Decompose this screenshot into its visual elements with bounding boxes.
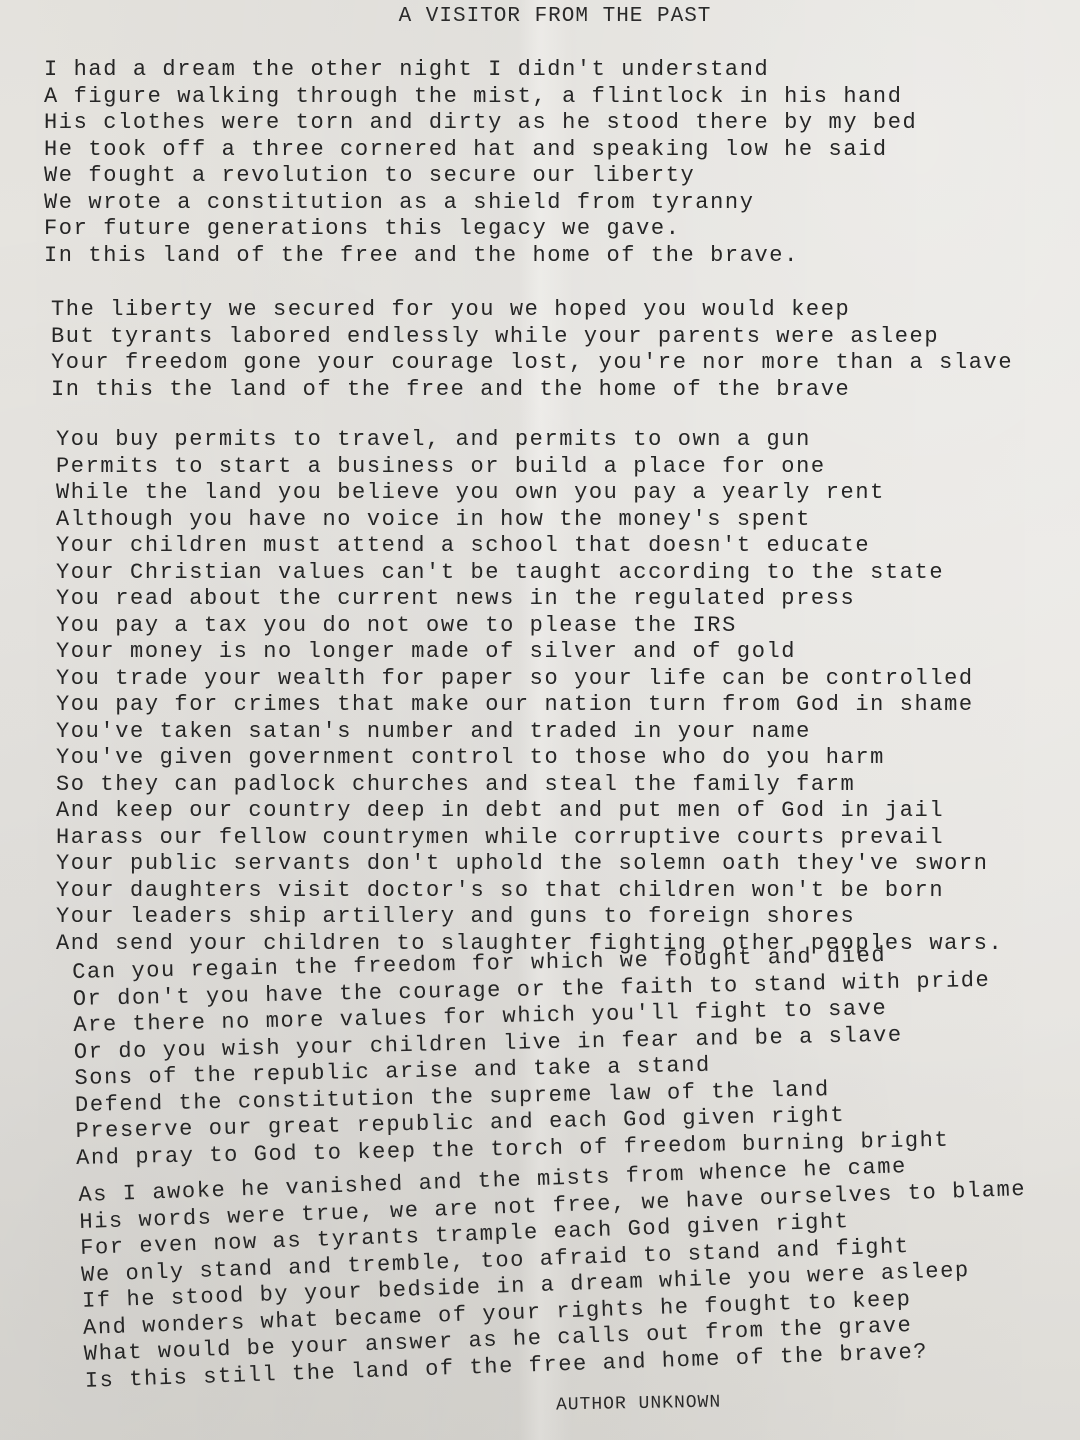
poem-line: A figure walking through the mist, a fli… <box>44 84 917 111</box>
poem-line: We wrote a constitution as a shield from… <box>44 190 917 217</box>
poem-line: You buy permits to travel, and permits t… <box>56 427 1003 454</box>
poem-line: You pay a tax you do not owe to please t… <box>56 613 1003 640</box>
poem-line: Your freedom gone your courage lost, you… <box>51 350 1013 377</box>
poem-line: Your public servants don't uphold the so… <box>56 851 1003 878</box>
poem-line: He took off a three cornered hat and spe… <box>44 137 917 164</box>
stanza-5: As I awoke he vanished and the mists fro… <box>78 1150 1032 1395</box>
poem-line: Your Christian values can't be taught ac… <box>56 560 1003 587</box>
poem-line: The liberty we secured for you we hoped … <box>51 297 1013 324</box>
poem-line: Harass our fellow countrymen while corru… <box>56 825 1003 852</box>
poem-line: Your children must attend a school that … <box>56 533 1003 560</box>
poem-line: For future generations this legacy we ga… <box>44 216 917 243</box>
poem-line: But tyrants labored endlessly while your… <box>51 324 1013 351</box>
stanza-4: Can you regain the freedom for which we … <box>72 941 994 1172</box>
poem-line: You read about the current news in the r… <box>56 586 1003 613</box>
poem-line: In this the land of the free and the hom… <box>51 377 1013 404</box>
poem-line: Although you have no voice in how the mo… <box>56 507 1003 534</box>
poem-line: Permits to start a business or build a p… <box>56 454 1003 481</box>
poem-line: Your leaders ship artillery and guns to … <box>56 904 1003 931</box>
author-credit: AUTHOR UNKNOWN <box>556 1393 722 1416</box>
poem-line: So they can padlock churches and steal t… <box>56 772 1003 799</box>
stanza-3: You buy permits to travel, and permits t… <box>56 427 1003 957</box>
stanza-1: I had a dream the other night I didn't u… <box>44 57 917 269</box>
poem-line: We fought a revolution to secure our lib… <box>44 163 917 190</box>
poem-line: You've taken satan's number and traded i… <box>56 719 1003 746</box>
poem-line: His clothes were torn and dirty as he st… <box>44 110 917 137</box>
poem-line: You've given government control to those… <box>56 745 1003 772</box>
poem-line: You trade your wealth for paper so your … <box>56 666 1003 693</box>
poem-line: And keep our country deep in debt and pu… <box>56 798 1003 825</box>
stanza-2: The liberty we secured for you we hoped … <box>51 297 1013 403</box>
poem-line: Your money is no longer made of silver a… <box>56 639 1003 666</box>
poem-line: While the land you believe you own you p… <box>56 480 1003 507</box>
paper-page: A VISITOR FROM THE PAST I had a dream th… <box>0 0 1080 1440</box>
poem-title: A VISITOR FROM THE PAST <box>0 5 1080 28</box>
poem-line: You pay for crimes that make our nation … <box>56 692 1003 719</box>
poem-line: I had a dream the other night I didn't u… <box>44 57 917 84</box>
poem-line: Your daughters visit doctor's so that ch… <box>56 878 1003 905</box>
poem-line: In this land of the free and the home of… <box>44 243 917 270</box>
